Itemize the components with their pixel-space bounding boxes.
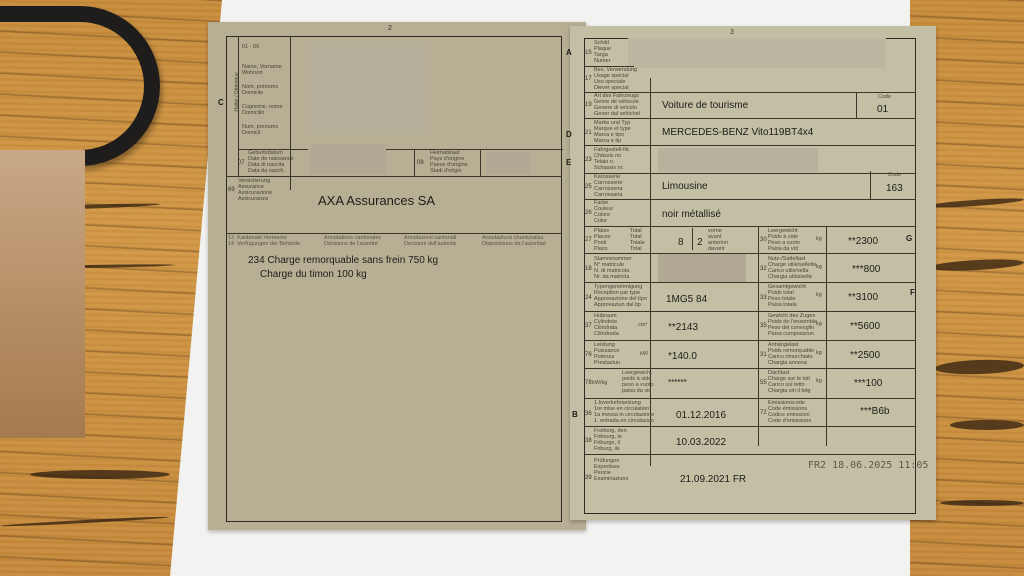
registration-page-3: 3 A 15 Schild Plaque Targa Numer 17 Bes.… [570, 26, 936, 520]
section-letter-a: A [566, 48, 572, 57]
seats-total-value: 8 [678, 237, 684, 248]
seats-total-label: Total Total Totale Total [630, 228, 645, 252]
vehicle-type-code: 01 [877, 104, 888, 115]
field-number: 07 [238, 160, 245, 166]
first-registration-value: 01.12.2016 [676, 410, 726, 421]
wood-grain [935, 358, 1024, 375]
annotations-it: Annotazioni cantonali Decisioni dell'aut… [404, 235, 456, 247]
divider [758, 226, 759, 446]
towing-weight-value: **2500 [850, 350, 880, 361]
redacted-holder-name [310, 42, 426, 134]
field-number: 30 [760, 237, 767, 243]
name-label-de: Name, Vorname Wohnort [242, 64, 282, 76]
divider [584, 368, 916, 369]
field-number: 69 [228, 187, 235, 193]
empty-weight-label: Leergewicht Poids à vide Peso a vuoto Pa… [768, 228, 800, 252]
field-number: 33 [760, 295, 767, 301]
wood-grain [925, 197, 1024, 210]
vehicle-type-value: Voiture de tourisme [662, 100, 748, 111]
field-number: 35 [760, 323, 767, 329]
color-label: Farbe Couleur Colore Colur [594, 200, 613, 224]
page-number: 3 [730, 29, 734, 36]
black-cable [0, 6, 160, 166]
inspection-label: Prüfungen Expertises Perizie Examinaziun… [594, 458, 628, 482]
section-letter-g: G [906, 234, 912, 243]
redacted-origin [486, 152, 530, 174]
body-code: 163 [886, 183, 903, 194]
empty-weight-value: **2300 [848, 236, 878, 247]
divider [584, 311, 916, 312]
seats-front-value: 2 [697, 237, 703, 248]
name-label-it: Cognome, nome Domicilio [242, 104, 283, 116]
unit: kg [816, 350, 822, 356]
body-label: Karosserie Carrosserie Carrozzeria Carro… [594, 174, 622, 198]
divider [584, 282, 916, 283]
color-value: noir métallisé [662, 209, 721, 220]
seats-label: Plätze Places Posti Plazs [594, 228, 611, 252]
divider [480, 149, 481, 176]
divider [584, 340, 916, 341]
towing-weight-label: Anhängelast Poids remorquable Carico rim… [768, 342, 814, 366]
page-number: 2 [388, 25, 392, 32]
field-number: 39 [585, 475, 592, 481]
redacted-birth-date [310, 144, 386, 174]
divider [414, 149, 415, 176]
redacted-matriculation [658, 254, 746, 282]
field-number: 15 [585, 50, 592, 56]
issue-date-value: 10.03.2022 [676, 437, 726, 448]
unit: kg [816, 292, 822, 298]
payload-label: Nutz-/Sattellast Charge utile/sellette C… [768, 256, 817, 280]
insurance-value: AXA Assurances SA [318, 193, 435, 208]
annotations-fr: Annotations cantonales Décisions de l'au… [324, 235, 381, 247]
section-letter-d: D [566, 130, 572, 139]
field-01-06: 01 - 06 [242, 44, 259, 50]
total-weight-label: Gesamtgewicht Poids total Peso totale Pa… [768, 284, 806, 308]
unit: cm³ [638, 322, 647, 328]
make-model-value: MERCEDES-BENZ Vito119BT4x4 [662, 127, 813, 138]
unit: kg [816, 321, 822, 327]
unit: kg [816, 264, 822, 270]
blurred-object [0, 150, 85, 438]
divider [584, 173, 916, 174]
wood-grain [940, 500, 1024, 506]
power-label: Leistung Puissance Potenza Prestaziun [594, 342, 620, 366]
name-label-rm: Num, prenums Domicil [242, 124, 278, 136]
emission-code-label: Emissionscode Code émissions Codice emis… [768, 400, 811, 424]
chassis-label: Fahrgestell-Nr. Châssis no Telaio n. Sch… [594, 147, 630, 171]
field-number: 38 [585, 438, 592, 444]
field-number: 31 [760, 352, 767, 358]
issue-place-label: Freiburg, den Fribourg, le Friburgo, il … [594, 428, 627, 452]
roof-load-label: Dachlast Charge sur le toit Carico sul t… [768, 370, 811, 394]
divider [584, 145, 916, 146]
matriculation-label: Stammnummer N° matricule N. di matricola… [594, 256, 632, 280]
payload-value: ***800 [852, 264, 880, 275]
field-number: 26 [585, 210, 592, 216]
field-number: 32 [760, 266, 767, 272]
inspection-value: 21.09.2021 FR [680, 474, 746, 485]
redacted-chassis-number [658, 148, 818, 172]
code-label: Code [878, 94, 891, 100]
divider [692, 228, 693, 250]
inspection-stamp: FR2 18.06.2025 11:05 [808, 460, 928, 471]
displacement-label: Hubraum Cylindrée Cilindrata Cilindrada [594, 313, 619, 337]
divider [226, 233, 562, 234]
field-number: 19 [585, 102, 592, 108]
unit: kg [816, 378, 822, 384]
unit: kg [816, 236, 822, 242]
train-weight-label: Gewicht des Zuges Poids de l'ensemble Pe… [768, 313, 817, 337]
registration-page-2: 2 C Halter / Détenteur 01 - 06 Name, Vor… [208, 22, 586, 530]
field-number: 25 [585, 184, 592, 190]
divider [826, 226, 827, 446]
divider [584, 426, 916, 427]
section-letter-b: B [572, 410, 578, 419]
wood-grain [30, 470, 170, 479]
unit: kW [640, 351, 648, 357]
wood-grain [0, 516, 170, 528]
roof-load-value: ***100 [854, 378, 882, 389]
train-weight-value: **5600 [850, 321, 880, 332]
remark-drawbar-load: Charge du timon 100 kg [260, 269, 367, 280]
wood-grain [950, 420, 1024, 430]
name-label-fr: Nom, prénoms Domicile [242, 84, 278, 96]
power-value: *140.0 [668, 351, 697, 362]
annotations-rm: Annotaziuns chantunalas Disposiziuns da … [482, 235, 546, 247]
field-number: 36 [585, 411, 592, 417]
total-weight-value: **3100 [848, 292, 878, 303]
emission-code-value: ***B6b [860, 406, 889, 417]
field-number: 21 [585, 130, 592, 136]
divider [584, 118, 916, 119]
divider [584, 253, 916, 254]
section-letter-e: E [566, 158, 571, 167]
redacted-plate [628, 38, 886, 68]
body-value: Limousine [662, 181, 708, 192]
birth-date-label: Geburtsdatum Date de naissance Data di n… [248, 150, 294, 174]
displacement-value: **2143 [668, 322, 698, 333]
divider [584, 454, 916, 455]
special-usage-label: Bes. Verwendung Usage spécial Uso specia… [594, 67, 637, 91]
field-number: 17 [585, 76, 592, 82]
plate-label: Schild Plaque Targa Numer [594, 40, 611, 64]
cantonal-remarks-label: 13 Kantonale Vermerke 14 Verfügungen der… [228, 235, 300, 247]
section-letter-f: F [910, 288, 915, 297]
origin-label: Heimatstaat Pays d'origine Paese d'origi… [430, 150, 468, 174]
power-weight-sub-label: Leergewicht poids à vide peso a vuoto pa… [622, 370, 654, 394]
type-approval-label: Typengenehmigung Réception par type Appr… [594, 284, 647, 308]
power-weight-ratio-value: ****** [668, 378, 687, 387]
divider [584, 199, 916, 200]
wood-grain [930, 258, 1024, 273]
code-label: Code [888, 172, 901, 178]
field-number: 78 [585, 380, 592, 386]
insurance-label: Versicherung Assurance Assicurazione Ass… [238, 178, 272, 202]
field-number: 23 [585, 157, 592, 163]
field-number: 37 [585, 323, 592, 329]
divider [226, 176, 562, 177]
first-registration-label: 1.Inverkehrsetzung 1re mise en circulati… [594, 400, 654, 424]
divider [584, 226, 916, 227]
field-number: 55 [760, 380, 767, 386]
field-number: 76 [585, 352, 592, 358]
make-model-label: Marke und Typ Marque et type Marca e tip… [594, 120, 631, 144]
type-approval-value: 1MG5 84 [666, 294, 707, 305]
field-number: 27 [585, 237, 592, 243]
field-number: 08 [417, 160, 424, 166]
power-weight-ratio-label: kW/kg [592, 380, 607, 386]
seats-front-label: vorne avant anteriori davant [708, 228, 728, 252]
divider [870, 171, 871, 199]
vehicle-type-label: Art des Fahrzeugs Genre de véhicule Gene… [594, 93, 640, 117]
divider [383, 149, 563, 150]
remark-towing-unbraked: 234 Charge remorquable sans frein 750 kg [248, 255, 438, 266]
field-number: 24 [585, 295, 592, 301]
field-number: 72 [760, 410, 767, 416]
section-letter-c: C [218, 98, 224, 107]
divider [856, 92, 857, 118]
divider [584, 398, 916, 399]
field-number: 18 [585, 266, 592, 272]
